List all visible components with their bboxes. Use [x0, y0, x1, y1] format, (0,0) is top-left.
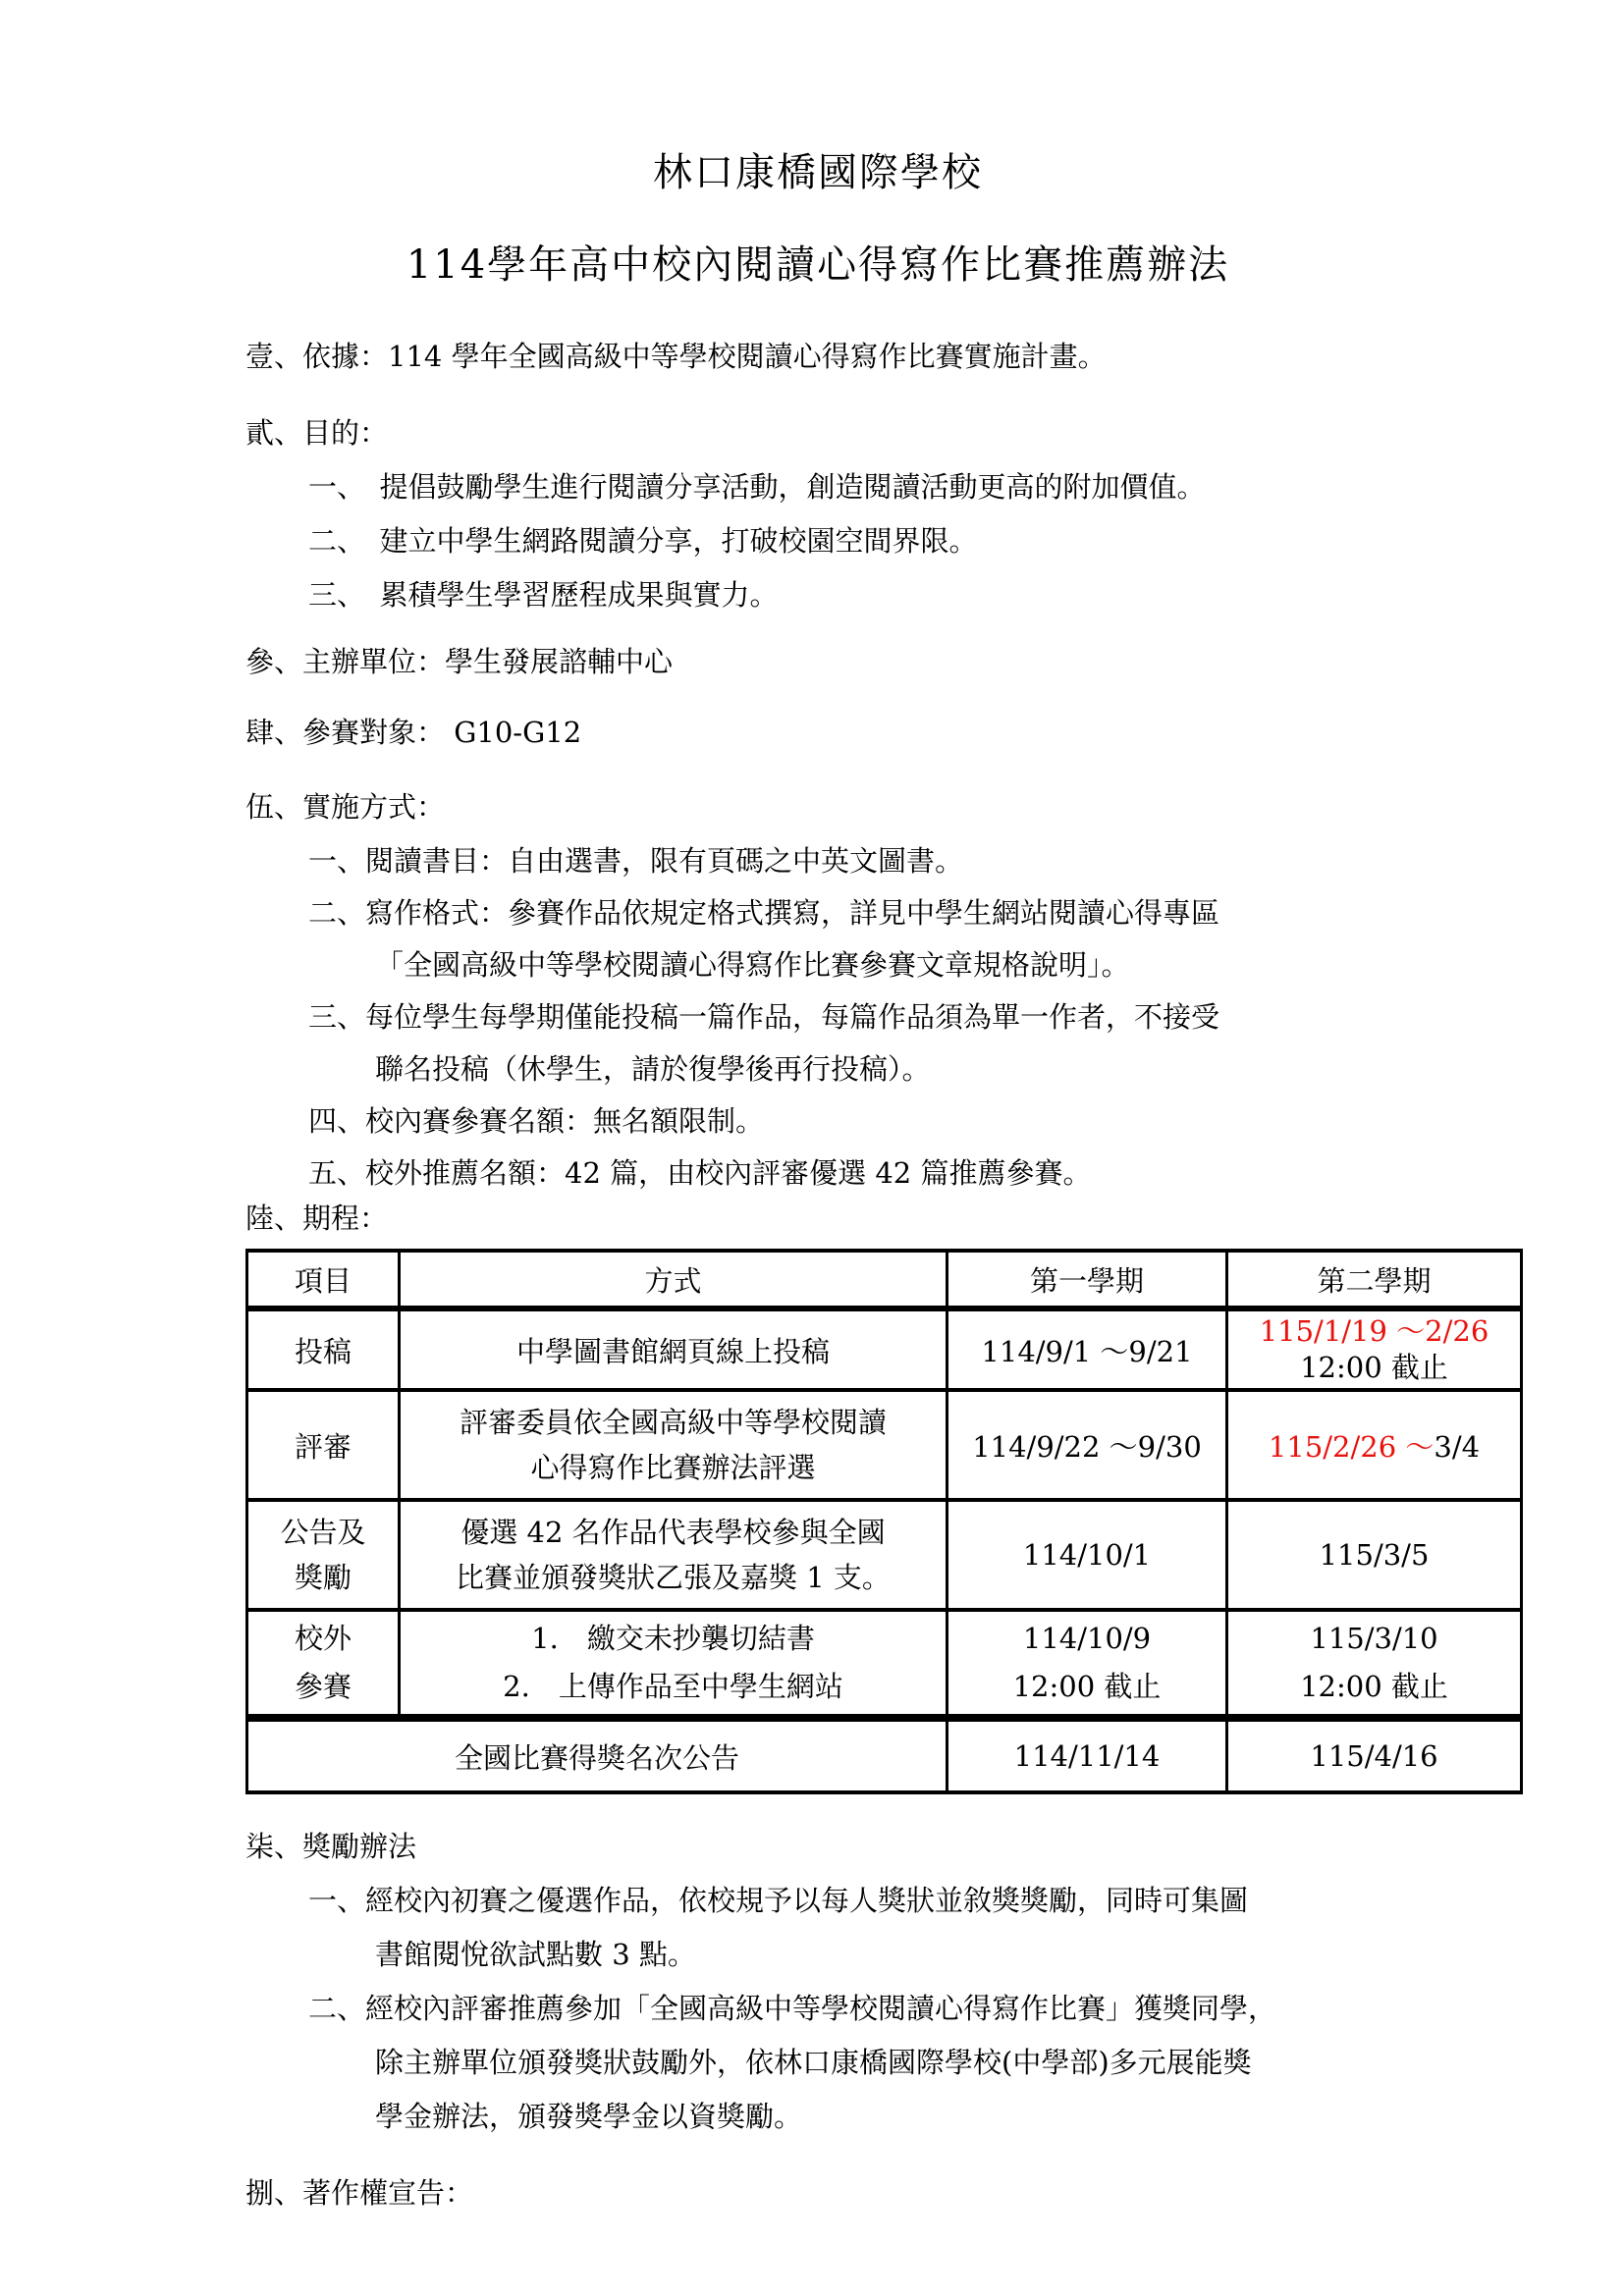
cell-method: 中學圖書館網頁線上投稿	[400, 1308, 947, 1390]
document-page: 林口康橋國際學校 114學年高中校內閱讀心得寫作比賽推薦辦法 壹、依據：114 …	[0, 0, 1624, 2296]
section-4-participants: 肆、參賽對象： G10-G12	[245, 712, 1473, 753]
cell-sem1-date: 114/11/14	[947, 1718, 1227, 1792]
cell-item: 校外 參賽	[247, 1610, 400, 1718]
method-line-2: 心得寫作比賽辦法評選	[406, 1445, 940, 1490]
header-method: 方式	[400, 1251, 947, 1308]
method-item-1: 一、閱讀書目：自由選書，限有頁碼之中英文圖書。	[308, 840, 1473, 881]
method-item-2-cont: 「全國高級中等學校閱讀心得寫作比賽參賽文章規格說明」。	[375, 944, 1473, 986]
sem2-deadline: 12:00 截止	[1234, 1350, 1514, 1386]
table-row-external: 校外 參賽 1. 繳交未抄襲切結書 2. 上傳作品至中學生網站 114/10/9…	[247, 1610, 1522, 1718]
award-item-2-cont2: 學金辦法，頒發獎學金以資獎勵。	[375, 2096, 1473, 2137]
method-item-2: 二、寫作格式：參賽作品依規定格式撰寫，詳見中學生網站閱讀心得專區	[308, 892, 1473, 934]
cell-sem2-date: 115/2/26 ～3/4	[1227, 1390, 1522, 1500]
section-7-heading: 柒、獎勵辦法	[245, 1826, 1473, 1867]
sem2-deadline: 12:00 截止	[1234, 1663, 1514, 1711]
table-row-announcement: 公告及 獎勵 優選 42 名作品代表學校參與全國 比賽並頒發獎狀乙張及嘉獎 1 …	[247, 1500, 1522, 1610]
item-line-1: 校外	[254, 1615, 392, 1663]
header-semester-2: 第二學期	[1227, 1251, 1522, 1308]
cell-item: 評審	[247, 1390, 400, 1500]
table-row-submission: 投稿 中學圖書館網頁線上投稿 114/9/1 ～9/21 115/1/19 ～2…	[247, 1308, 1522, 1390]
document-title: 114學年高中校內閱讀心得寫作比賽推薦辦法	[204, 238, 1432, 293]
method-item-4: 四、校內賽參賽名額：無名額限制。	[308, 1100, 1473, 1142]
purpose-item-1: 一、 提倡鼓勵學生進行閱讀分享活動，創造閱讀活動更高的附加價值。	[308, 466, 1473, 507]
cell-method: 評審委員依全國高級中等學校閱讀 心得寫作比賽辦法評選	[400, 1390, 947, 1500]
table-row-national-results: 全國比賽得獎名次公告 114/11/14 115/4/16	[247, 1718, 1522, 1792]
item-line-1: 公告及	[254, 1510, 392, 1555]
cell-sem2-date: 115/4/16	[1227, 1718, 1522, 1792]
award-item-2: 二、經校內評審推薦參加「全國高級中等學校閱讀心得寫作比賽」獲獎同學，	[308, 1988, 1473, 2029]
cell-sem2-date: 115/3/10 12:00 截止	[1227, 1610, 1522, 1718]
schedule-table: 項目 方式 第一學期 第二學期 投稿 中學圖書館網頁線上投稿 114/9/1 ～…	[245, 1249, 1523, 1794]
section-8-copyright: 捌、著作權宣告：	[245, 2172, 1473, 2214]
award-item-1: 一、經校內初賽之優選作品，依校規予以每人獎狀並敘獎獎勵，同時可集圖	[308, 1880, 1473, 1921]
cell-method: 1. 繳交未抄襲切結書 2. 上傳作品至中學生網站	[400, 1610, 947, 1718]
section-6-heading: 陸、期程：	[245, 1198, 1473, 1239]
cell-sem1-date: 114/10/9 12:00 截止	[947, 1610, 1227, 1718]
document-content: 林口康橋國際學校 114學年高中校內閱讀心得寫作比賽推薦辦法 壹、依據：114 …	[245, 0, 1473, 2214]
header-semester-1: 第一學期	[947, 1251, 1227, 1308]
method-line-1: 1. 繳交未抄襲切結書	[406, 1615, 940, 1663]
method-line-1: 評審委員依全國高級中等學校閱讀	[406, 1400, 940, 1445]
cell-item: 公告及 獎勵	[247, 1500, 400, 1610]
table-row-review: 評審 評審委員依全國高級中等學校閱讀 心得寫作比賽辦法評選 114/9/22 ～…	[247, 1390, 1522, 1500]
sem2-date-black: 3/4	[1434, 1430, 1480, 1464]
header-item: 項目	[247, 1251, 400, 1308]
method-line-2: 比賽並頒發獎狀乙張及嘉獎 1 支。	[406, 1555, 940, 1600]
item-line-2: 參賽	[254, 1663, 392, 1711]
cell-sem2-date: 115/1/19 ～2/26 12:00 截止	[1227, 1308, 1522, 1390]
cell-sem1-date: 114/10/1	[947, 1500, 1227, 1610]
method-item-5: 五、校外推薦名額：42 篇，由校內評審優選 42 篇推薦參賽。	[308, 1152, 1473, 1194]
cell-method: 優選 42 名作品代表學校參與全國 比賽並頒發獎狀乙張及嘉獎 1 支。	[400, 1500, 947, 1610]
table-header-row: 項目 方式 第一學期 第二學期	[247, 1251, 1522, 1308]
section-5-heading: 伍、實施方式：	[245, 786, 1473, 828]
award-item-1-cont: 書館閱悅欲試點數 3 點。	[375, 1934, 1473, 1975]
cell-sem1-date: 114/9/22 ～9/30	[947, 1390, 1227, 1500]
award-item-2-cont1: 除主辦單位頒發獎狀鼓勵外，依林口康橋國際學校(中學部)多元展能獎	[375, 2042, 1473, 2083]
sem2-date: 115/3/10	[1234, 1615, 1514, 1663]
cell-sem1-date: 114/9/1 ～9/21	[947, 1308, 1227, 1390]
method-line-1: 優選 42 名作品代表學校參與全國	[406, 1510, 940, 1555]
item-line-2: 獎勵	[254, 1555, 392, 1600]
purpose-item-3: 三、 累積學生學習歷程成果與實力。	[308, 574, 1473, 615]
method-line-2: 2. 上傳作品至中學生網站	[406, 1663, 940, 1711]
section-2-heading: 貳、目的：	[245, 412, 1473, 454]
sem2-date-red: 115/2/26 ～	[1269, 1430, 1434, 1464]
purpose-item-2: 二、 建立中學生網路閱讀分享，打破校園空間界限。	[308, 520, 1473, 561]
sem1-date: 114/10/9	[954, 1615, 1219, 1663]
section-3-organizer: 參、主辦單位：學生發展諮輔中心	[245, 641, 1473, 682]
cell-sem2-date: 115/3/5	[1227, 1500, 1522, 1610]
cell-item: 投稿	[247, 1308, 400, 1390]
cell-merged-label: 全國比賽得獎名次公告	[247, 1718, 947, 1792]
method-item-3: 三、每位學生每學期僅能投稿一篇作品，每篇作品須為單一作者，不接受	[308, 996, 1473, 1038]
sem2-date-red: 115/1/19 ～2/26	[1234, 1313, 1514, 1350]
section-1-basis: 壹、依據：114 學年全國高級中等學校閱讀心得寫作比賽實施計畫。	[245, 336, 1473, 377]
school-title: 林口康橋國際學校	[204, 0, 1432, 200]
method-item-3-cont: 聯名投稿（休學生，請於復學後再行投稿）。	[375, 1048, 1473, 1090]
sem1-deadline: 12:00 截止	[954, 1663, 1219, 1711]
